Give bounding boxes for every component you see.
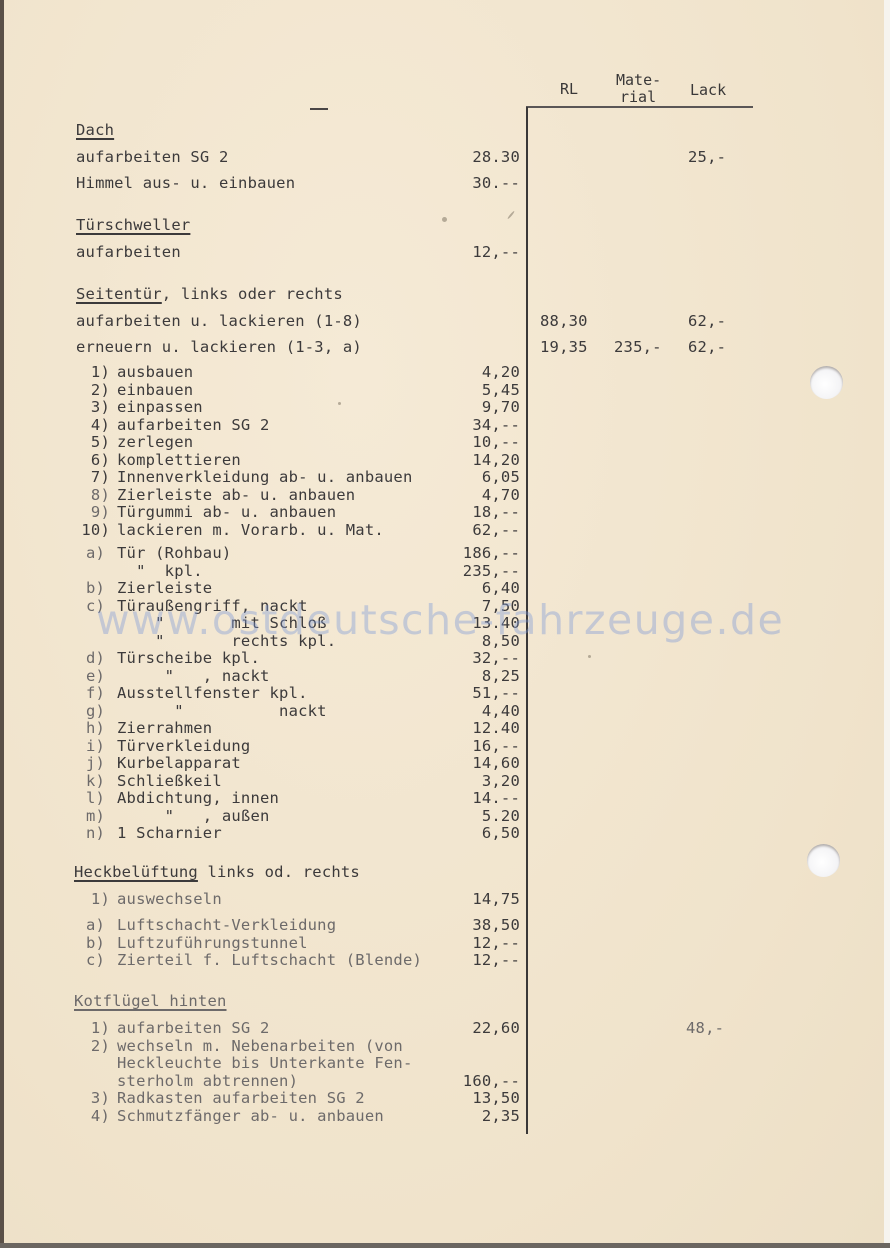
row-label: aufarbeiten: [76, 244, 181, 262]
part-key: j): [86, 755, 105, 773]
item-price: 4,70: [420, 487, 520, 505]
paper-speck: [338, 402, 341, 405]
part-label: Zierrahmen: [117, 720, 212, 738]
part-key: b): [86, 935, 105, 953]
punch-hole-top: [810, 366, 843, 399]
part-price: 51,--: [420, 685, 520, 703]
column-header-lack: Lack: [690, 83, 726, 97]
part-price: 5.20: [420, 808, 520, 826]
part-price: 235,--: [420, 563, 520, 581]
paper-speck: [588, 655, 591, 658]
part-key: i): [86, 738, 105, 756]
row-label: erneuern u. lackieren (1-3, a): [76, 339, 362, 357]
part-key: d): [86, 650, 105, 668]
part-price: 3,20: [420, 773, 520, 791]
part-key: a): [86, 917, 105, 935]
item-price: 4,20: [420, 364, 520, 382]
part-label: Kurbelapparat: [117, 755, 241, 773]
item-price: 13,50: [420, 1090, 520, 1108]
row-rl: 88,30: [540, 313, 588, 331]
item-label: ausbauen: [117, 364, 193, 382]
item-label: Zierleiste ab- u. anbauen: [117, 487, 355, 505]
section-title-main: Heckbelüftung: [74, 863, 198, 881]
part-key: n): [86, 825, 105, 843]
row-lack: 62,-: [688, 313, 726, 331]
section-title-suffix: links od. rechts: [198, 863, 360, 881]
item-key: 7): [78, 469, 110, 487]
item-label: Türgummi ab- u. anbauen: [117, 504, 336, 522]
item-label: einpassen: [117, 399, 203, 417]
row-rl: 19,35: [540, 339, 588, 357]
item-label: auswechseln: [117, 891, 222, 909]
part-label: Türverkleidung: [117, 738, 250, 756]
item-label: komplettieren: [117, 452, 241, 470]
part-label: Zierleiste: [117, 580, 212, 598]
part-price: 38,50: [420, 917, 520, 935]
item-key: 4): [78, 1108, 110, 1126]
part-price: 186,--: [420, 545, 520, 563]
part-label: " , außen: [117, 808, 270, 826]
item-label: aufarbeiten SG 2: [117, 1020, 270, 1038]
item-key: 6): [78, 452, 110, 470]
item-key: 3): [78, 1090, 110, 1108]
item-price: 34,--: [420, 417, 520, 435]
item-key: 8): [78, 487, 110, 505]
header-rule: [526, 106, 753, 108]
item-key: 5): [78, 434, 110, 452]
column-header-material-1: Mate-: [616, 73, 661, 87]
row-material: 235,-: [614, 339, 662, 357]
part-key: h): [86, 720, 105, 738]
item-key: 4): [78, 417, 110, 435]
part-label: Schließkeil: [117, 773, 222, 791]
part-label: 1 Scharnier: [117, 825, 222, 843]
part-price: 14,60: [420, 755, 520, 773]
part-price: 6,40: [420, 580, 520, 598]
part-label: Tür (Rohbau): [117, 545, 231, 563]
item-key: 1): [78, 1020, 110, 1038]
item-key: 2): [78, 1038, 110, 1056]
part-price: 8,25: [420, 668, 520, 686]
part-price: 12,--: [420, 952, 520, 970]
item-label: einbauen: [117, 382, 193, 400]
part-price: 12.40: [420, 720, 520, 738]
item-key: 1): [78, 364, 110, 382]
part-key: f): [86, 685, 105, 703]
part-label: Luftzuführungstunnel: [117, 935, 308, 953]
item-label: sterholm abtrennen): [117, 1073, 298, 1091]
item-price: 18,--: [420, 504, 520, 522]
row-label: Himmel aus- u. einbauen: [76, 175, 295, 193]
section-title-dach: Dach: [76, 122, 114, 140]
part-label: Abdichtung, innen: [117, 790, 279, 808]
item-price: 2,35: [420, 1108, 520, 1126]
part-key: l): [86, 790, 105, 808]
part-key: k): [86, 773, 105, 791]
part-price: 12,--: [420, 935, 520, 953]
scan-bottom-edge: [0, 1243, 890, 1248]
item-key: 2): [78, 382, 110, 400]
watermark: www.ostdeutsche-fahrzeuge.de: [96, 596, 784, 644]
section-title-seitentuer: Seitentür, links oder rechts: [76, 286, 343, 304]
item-price: 14,20: [420, 452, 520, 470]
part-price: 32,--: [420, 650, 520, 668]
item-label: wechseln m. Nebenarbeiten (von: [117, 1038, 403, 1056]
part-label: " kpl.: [117, 563, 203, 581]
row-label: aufarbeiten u. lackieren (1-8): [76, 313, 362, 331]
section-title-main: Seitentür: [76, 285, 162, 303]
section-title-kotfluegel: Kotflügel hinten: [74, 993, 227, 1011]
part-price: 16,--: [420, 738, 520, 756]
part-label: Türscheibe kpl.: [117, 650, 260, 668]
item-label: Schmutzfänger ab- u. anbauen: [117, 1108, 384, 1126]
item-price: 14,75: [420, 891, 520, 909]
part-label: Zierteil f. Luftschacht (Blende): [117, 952, 422, 970]
item-label: lackieren m. Vorarb. u. Mat.: [117, 522, 384, 540]
part-key: g): [86, 703, 105, 721]
row-price: 28.30: [420, 149, 520, 167]
item-lack: 48,-: [686, 1020, 724, 1038]
item-label: aufarbeiten SG 2: [117, 417, 270, 435]
item-key: 10): [78, 522, 110, 540]
part-key: a): [86, 545, 105, 563]
item-key: 1): [78, 891, 110, 909]
item-key: 9): [78, 504, 110, 522]
row-lack: 62,-: [688, 339, 726, 357]
row-lack: 25,-: [688, 149, 726, 167]
part-price: 14.--: [420, 790, 520, 808]
part-key: c): [86, 952, 105, 970]
item-price: 5,45: [420, 382, 520, 400]
part-price: 4,40: [420, 703, 520, 721]
section-title-suffix: , links oder rechts: [162, 285, 343, 303]
item-label: Innenverkleidung ab- u. anbauen: [117, 469, 413, 487]
part-key: b): [86, 580, 105, 598]
section-title-heckbelueftung: Heckbelüftung links od. rechts: [74, 864, 360, 882]
item-price: 160,--: [420, 1073, 520, 1091]
punch-hole-bottom: [807, 844, 840, 877]
column-header-rl: RL: [560, 82, 578, 96]
row-price: 30.--: [420, 175, 520, 193]
part-key: m): [86, 808, 105, 826]
row-price: 12,--: [420, 244, 520, 262]
item-price: 22,60: [420, 1020, 520, 1038]
part-label: Ausstellfenster kpl.: [117, 685, 308, 703]
paper-speck: [442, 217, 447, 222]
part-label: " nackt: [117, 703, 327, 721]
top-dash: [310, 108, 328, 110]
part-label: " , nackt: [117, 668, 270, 686]
part-label: Luftschacht-Verkleidung: [117, 917, 336, 935]
item-price: 62,--: [420, 522, 520, 540]
item-key: 3): [78, 399, 110, 417]
item-label: Heckleuchte bis Unterkante Fen-: [117, 1055, 413, 1073]
item-price: 10,--: [420, 434, 520, 452]
item-label: Radkasten aufarbeiten SG 2: [117, 1090, 365, 1108]
item-label: zerlegen: [117, 434, 193, 452]
item-price: 9,70: [420, 399, 520, 417]
part-key: e): [86, 668, 105, 686]
row-label: aufarbeiten SG 2: [76, 149, 229, 167]
item-price: 6,05: [420, 469, 520, 487]
column-header-material-2: rial: [620, 90, 656, 104]
section-title-tuerschweller: Türschweller: [76, 217, 190, 235]
part-price: 6,50: [420, 825, 520, 843]
